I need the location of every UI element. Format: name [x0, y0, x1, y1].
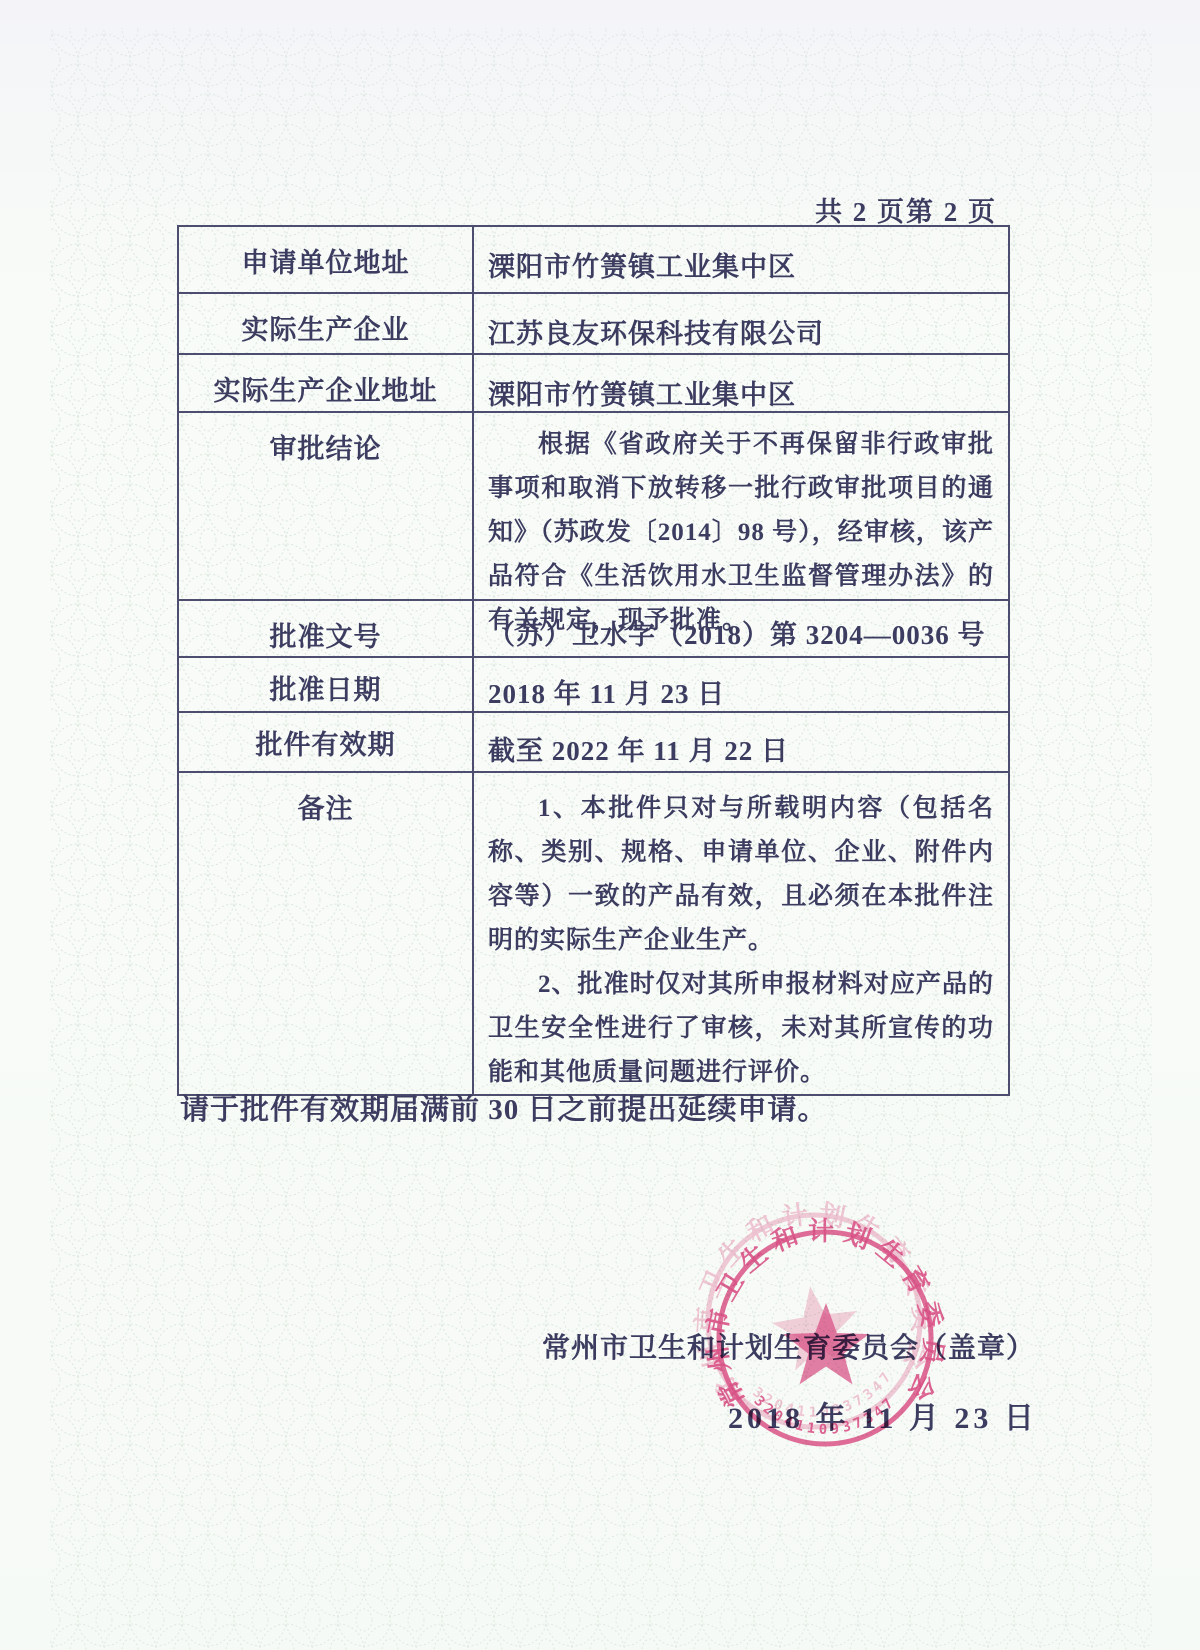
- row-value: 江苏良友环保科技有限公司: [474, 294, 1008, 353]
- row-value: 2018 年 11 月 23 日: [474, 658, 1008, 711]
- table-row-approval-date: 批准日期 2018 年 11 月 23 日: [179, 656, 1008, 711]
- row-label: 申请单位地址: [179, 227, 474, 292]
- row-value: 截至 2022 年 11 月 22 日: [474, 713, 1008, 771]
- row-value: 根据《省政府关于不再保留非行政审批事项和取消下放转移一批行政审批项目的通知》（苏…: [474, 413, 1008, 599]
- official-seal-stamp: 常州市卫生和计划生育委员会 3204110937347: [685, 1198, 965, 1478]
- row-value: （苏）卫水字（2018）第 3204—0036 号: [474, 601, 1008, 656]
- table-row-approval-conclusion: 审批结论 根据《省政府关于不再保留非行政审批事项和取消下放转移一批行政审批项目的…: [179, 411, 1008, 599]
- row-label: 实际生产企业地址: [179, 355, 474, 411]
- table-row-approval-number: 批准文号 （苏）卫水字（2018）第 3204—0036 号: [179, 599, 1008, 656]
- row-value: 1、本批件只对与所载明内容（包括名称、类别、规格、申请单位、企业、附件内容等）一…: [474, 773, 1008, 1094]
- renewal-note: 请于批件有效期届满前 30 日之前提出延续申请。: [180, 1087, 960, 1128]
- row-label: 实际生产企业: [179, 294, 474, 353]
- row-label: 批准文号: [179, 601, 474, 656]
- row-label: 批准日期: [179, 658, 474, 711]
- remark-paragraph-1: 1、本批件只对与所载明内容（包括名称、类别、规格、申请单位、企业、附件内容等）一…: [488, 787, 994, 963]
- row-label: 审批结论: [179, 413, 474, 599]
- remark-paragraph-2: 2、批准时仅对其所申报材料对应产品的卫生安全性进行了审核，未对其所宣传的功能和其…: [488, 963, 994, 1095]
- row-value: 溧阳市竹箦镇工业集中区: [474, 355, 1008, 411]
- table-row-validity-period: 批件有效期 截至 2022 年 11 月 22 日: [179, 711, 1008, 771]
- approval-table: 申请单位地址 溧阳市竹箦镇工业集中区 实际生产企业 江苏良友环保科技有限公司 实…: [177, 225, 1010, 1096]
- row-label: 备注: [179, 773, 474, 1094]
- row-label: 批件有效期: [179, 713, 474, 771]
- page-indicator: 共 2 页第 2 页: [815, 190, 997, 229]
- table-row-manufacturer-address: 实际生产企业地址 溧阳市竹箦镇工业集中区: [179, 353, 1008, 411]
- row-value: 溧阳市竹箦镇工业集中区: [474, 227, 1008, 292]
- table-row-manufacturer: 实际生产企业 江苏良友环保科技有限公司: [179, 292, 1008, 353]
- scanned-approval-document: 共 2 页第 2 页 申请单位地址 溧阳市竹箦镇工业集中区 实际生产企业 江苏良…: [0, 0, 1200, 1650]
- table-row-remarks: 备注 1、本批件只对与所载明内容（包括名称、类别、规格、申请单位、企业、附件内容…: [179, 771, 1008, 1094]
- table-row-applicant-address: 申请单位地址 溧阳市竹箦镇工业集中区: [179, 227, 1008, 292]
